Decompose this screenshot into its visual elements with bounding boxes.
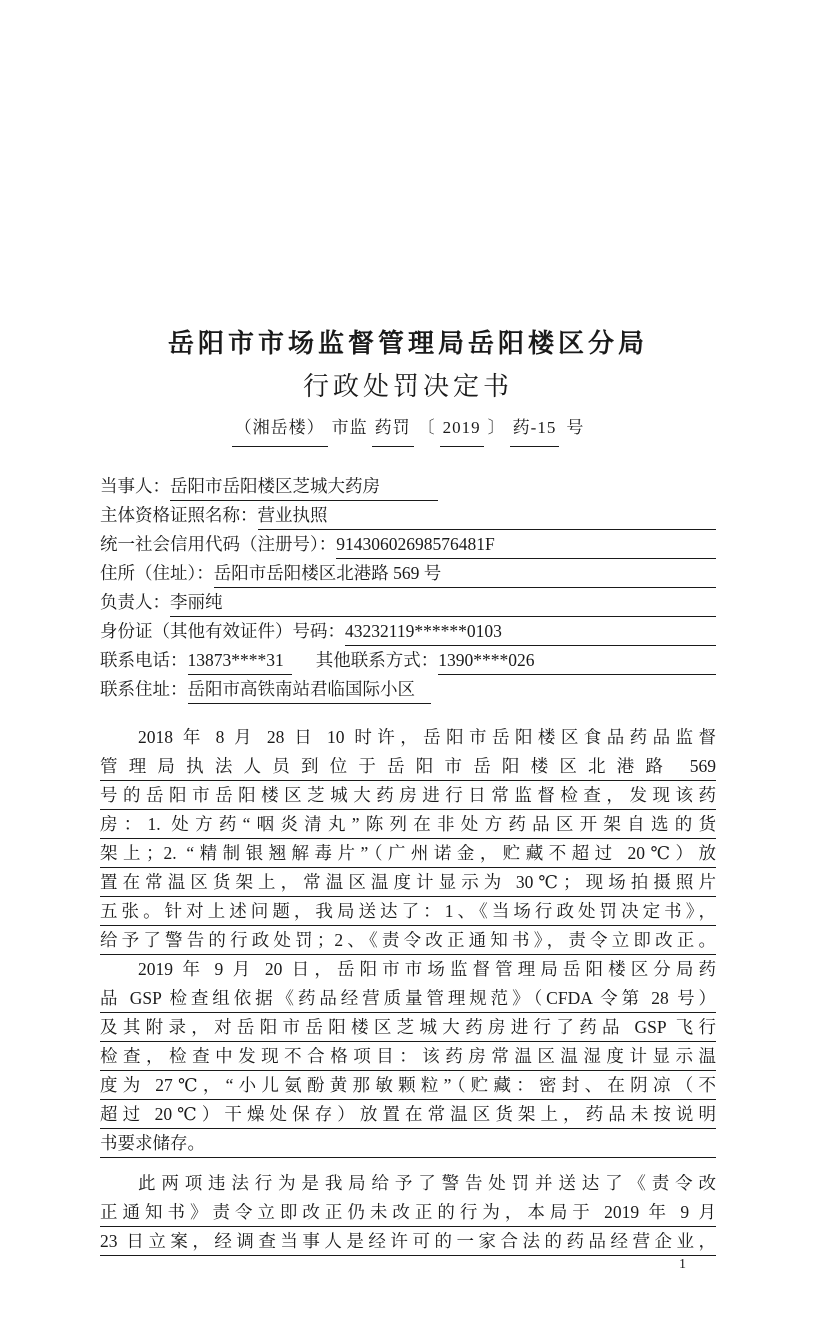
document-title-line1: 岳阳市市场监督管理局岳阳楼区分局 xyxy=(100,324,716,364)
body-line: 检查，检查中发现不合格项目：该药房常温区温湿度计显示温 xyxy=(100,1042,716,1071)
document-title-line2: 行政处罚决定书 xyxy=(100,366,716,408)
field-value-contact-address: 岳阳市高铁南站君临国际小区 xyxy=(188,675,432,704)
paragraph-gsp-inspection-2019: 2019 年 9 月 20 日，岳阳市市场监督管理局岳阳楼区分局药 品 GSP … xyxy=(100,955,716,1158)
field-value-id-number: 43232119******0103 xyxy=(345,617,716,646)
body-line: 架上；2. “精制银翘解毒片”（广州诺金，贮藏不超过 20℃）放 xyxy=(100,839,716,868)
field-label-phone: 联系电话： xyxy=(100,646,188,675)
field-value-party: 岳阳市岳阳楼区芝城大药房 xyxy=(170,472,438,501)
field-row-id-number: 身份证（其他有效证件）号码：43232119******0103 xyxy=(100,617,716,646)
body-line-text: 2019 年 9 月 20 日，岳阳市市场监督管理局岳阳楼区分局药 xyxy=(138,959,716,984)
field-label-other-contact: 其他联系方式： xyxy=(316,646,439,675)
field-row-license: 主体资格证照名称：营业执照 xyxy=(100,501,716,530)
docnum-category: 药罚 xyxy=(372,412,414,447)
field-value-phone: 13873****31 xyxy=(188,646,292,675)
body-line: 度为 27℃，“小儿氨酚黄那敏颗粒”（贮藏：密封、在阴凉（不 xyxy=(100,1071,716,1100)
docnum-open-bracket: 〔 xyxy=(418,412,436,444)
field-row-contacts: 联系电话：13873****31其他联系方式：1390****026 xyxy=(100,646,716,675)
page-number: 1 xyxy=(679,1255,686,1275)
field-label-credit-code: 统一社会信用代码（注册号）： xyxy=(100,530,336,559)
body-line: 及其附录，对岳阳市岳阳楼区芝城大药房进行了药品 GSP 飞行 xyxy=(100,1013,716,1042)
document-number: （湘岳楼）市监药罚〔2019〕药-15号 xyxy=(100,412,716,447)
document-body: 2018 年 8 月 28 日 10 时许，岳阳市岳阳楼区食品药品监督 管理局执… xyxy=(100,723,716,1256)
field-label-contact-address: 联系住址： xyxy=(100,675,188,704)
field-row-person-in-charge: 负责人：李丽纯 xyxy=(100,588,716,617)
paragraph-inspection-2018: 2018 年 8 月 28 日 10 时许，岳阳市岳阳楼区食品药品监督 管理局执… xyxy=(100,723,716,955)
body-line: 置在常温区货架上，常温区温度计显示为 30℃；现场拍摄照片 xyxy=(100,868,716,897)
field-value-person-in-charge: 李丽纯 xyxy=(170,588,716,617)
body-line: 23 日立案，经调查当事人是经许可的一家合法的药品经营企业， xyxy=(100,1227,716,1256)
field-row-address: 住所（住址）：岳阳市岳阳楼区北港路 569 号 xyxy=(100,559,716,588)
docnum-close-bracket: 〕 xyxy=(488,412,506,444)
document-page: 岳阳市市场监督管理局岳阳楼区分局 行政处罚决定书 （湘岳楼）市监药罚〔2019〕… xyxy=(0,0,816,1344)
body-line: 五张。针对上述问题，我局送达了：1、《当场行政处罚决定书》， xyxy=(100,897,716,926)
body-line: 管理局执法人员到位于岳阳市岳阳楼区北港路 569 xyxy=(100,752,716,781)
field-label-person-in-charge: 负责人： xyxy=(100,588,170,617)
body-line: 书要求储存。 xyxy=(100,1129,716,1158)
field-row-credit-code: 统一社会信用代码（注册号）：91430602698576481F xyxy=(100,530,716,559)
body-line: 2019 年 9 月 20 日，岳阳市市场监督管理局岳阳楼区分局药 xyxy=(100,955,716,984)
field-value-address: 岳阳市岳阳楼区北港路 569 号 xyxy=(214,559,716,588)
field-value-other-contact: 1390****026 xyxy=(438,646,716,675)
body-line: 此两项违法行为是我局给予了警告处罚并送达了《责令改 xyxy=(100,1169,716,1198)
body-line: 2018 年 8 月 28 日 10 时许，岳阳市岳阳楼区食品药品监督 xyxy=(100,723,716,752)
field-label-id-number: 身份证（其他有效证件）号码： xyxy=(100,617,345,646)
body-line-text: 此两项违法行为是我局给予了警告处罚并送达了《责令改 xyxy=(138,1173,716,1198)
body-line: 正通知书》责令立即改正仍未改正的行为，本局于 2019 年 9 月 xyxy=(100,1198,716,1227)
docnum-suffix: 号 xyxy=(566,412,584,444)
field-label-license: 主体资格证照名称： xyxy=(100,501,258,530)
docnum-year: 2019 xyxy=(440,412,484,447)
field-label-address: 住所（住址）： xyxy=(100,559,214,588)
body-line: 房：1. 处方药“咽炎清丸”陈列在非处方药品区开架自选的货 xyxy=(100,810,716,839)
docnum-agency: 市监 xyxy=(332,412,368,444)
party-info-section: 当事人：岳阳市岳阳楼区芝城大药房 主体资格证照名称：营业执照 统一社会信用代码（… xyxy=(100,472,716,704)
body-line: 品 GSP 检查组依据《药品经营质量管理规范》（CFDA 令第 28 号） xyxy=(100,984,716,1013)
body-line-text: 2018 年 8 月 28 日 10 时许，岳阳市岳阳楼区食品药品监督 xyxy=(138,727,716,752)
body-line: 号的岳阳市岳阳楼区芝城大药房进行日常监督检查，发现该药 xyxy=(100,781,716,810)
body-line: 给予了警告的行政处罚；2、《责令改正通知书》，责令立即改正。 xyxy=(100,926,716,955)
field-row-party: 当事人：岳阳市岳阳楼区芝城大药房 xyxy=(100,472,716,501)
field-row-contact-address: 联系住址：岳阳市高铁南站君临国际小区 xyxy=(100,675,716,704)
docnum-serial: 药-15 xyxy=(510,412,560,447)
body-line: 超过 20℃）干燥处保存）放置在常温区货架上，药品未按说明 xyxy=(100,1100,716,1129)
field-value-license: 营业执照 xyxy=(258,501,717,530)
field-label-party: 当事人： xyxy=(100,472,170,501)
docnum-region: （湘岳楼） xyxy=(232,412,328,447)
field-value-credit-code: 91430602698576481F xyxy=(336,530,716,559)
document-header: 岳阳市市场监督管理局岳阳楼区分局 行政处罚决定书 （湘岳楼）市监药罚〔2019〕… xyxy=(100,324,716,447)
paragraph-case-filing: 此两项违法行为是我局给予了警告处罚并送达了《责令改 正通知书》责令立即改正仍未改… xyxy=(100,1169,716,1256)
